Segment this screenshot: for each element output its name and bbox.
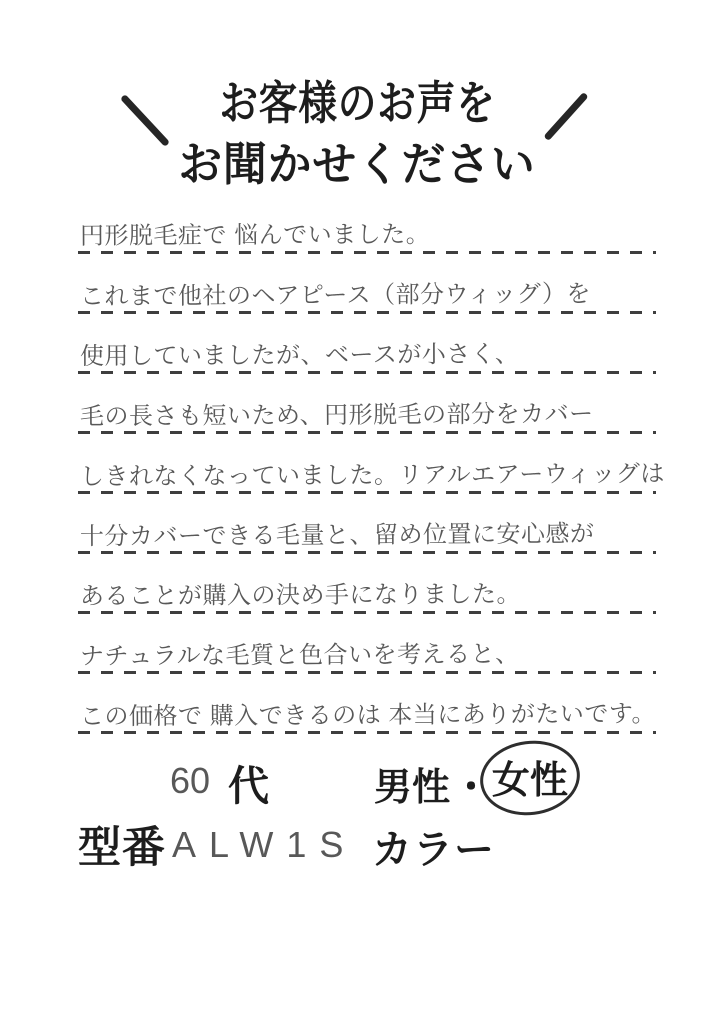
feedback-card-scan: お客様のお声を お聞かせください 円形脱毛症で 悩んでいました。 これまで他社の… xyxy=(0,0,714,1024)
testimonial-line: ナチュラルな毛質と色合いを考えると、 xyxy=(78,614,656,674)
testimonial-line: 毛の長さも短いため、円形脱毛の部分をカバー xyxy=(78,374,656,434)
gender-option-female-circled: 女性 xyxy=(476,735,584,821)
handwritten-text: あることが購入の決め手になりました。 xyxy=(80,574,521,611)
handwritten-text: これまで他社のヘアピース（部分ウィッグ）を xyxy=(80,274,591,312)
age-suffix-label: 代 xyxy=(228,753,269,812)
handwritten-text: 毛の長さも短いため、円形脱毛の部分をカバー xyxy=(80,394,594,432)
age-value-handwritten: 60 xyxy=(170,760,210,802)
testimonial-line: 円形脱毛症で 悩んでいました。 xyxy=(78,194,656,254)
model-number-label: 型番 xyxy=(78,814,166,875)
color-label: カラー xyxy=(372,818,495,875)
testimonial-line: あることが購入の決め手になりました。 xyxy=(78,554,656,614)
testimonial-line: 使用していましたが、ベースが小さく、 xyxy=(78,314,656,374)
handwritten-text: 十分カバーできる毛量と、留め位置に安心感が xyxy=(80,514,595,552)
testimonial-text: 円形脱毛症で 悩んでいました。 これまで他社のヘアピース（部分ウィッグ）を 使用… xyxy=(78,194,656,734)
model-number-handwritten: ALW1S xyxy=(172,824,356,866)
page-title-line1-text: お客様のお声を xyxy=(219,78,495,130)
page-title-line2: お聞かせください xyxy=(0,128,714,194)
handwritten-text: 使用していましたが、ベースが小さく、 xyxy=(80,334,520,371)
page-title-line1: お客様のお声を xyxy=(0,78,714,130)
page-title-line2-text: お聞かせください xyxy=(178,128,535,194)
testimonial-line: この価格で 購入できるのは 本当にありがたいです。 xyxy=(78,674,656,734)
handwritten-text: ナチュラルな毛質と色合いを考えると、 xyxy=(80,634,520,671)
handwritten-text: この価格で 購入できるのは 本当にありがたいです。 xyxy=(80,693,656,731)
testimonial-line: これまで他社のヘアピース（部分ウィッグ）を xyxy=(78,254,656,314)
handwritten-text: 円形脱毛症で 悩んでいました。 xyxy=(80,214,430,251)
gender-option-male: 男性 xyxy=(374,756,450,811)
handwritten-text: しきれなくなっていました。リアルエアーウィッグは xyxy=(80,453,665,491)
gender-option-female: 女性 xyxy=(492,749,568,804)
testimonial-line: しきれなくなっていました。リアルエアーウィッグは xyxy=(78,434,656,494)
testimonial-line: 十分カバーできる毛量と、留め位置に安心感が xyxy=(78,494,656,554)
